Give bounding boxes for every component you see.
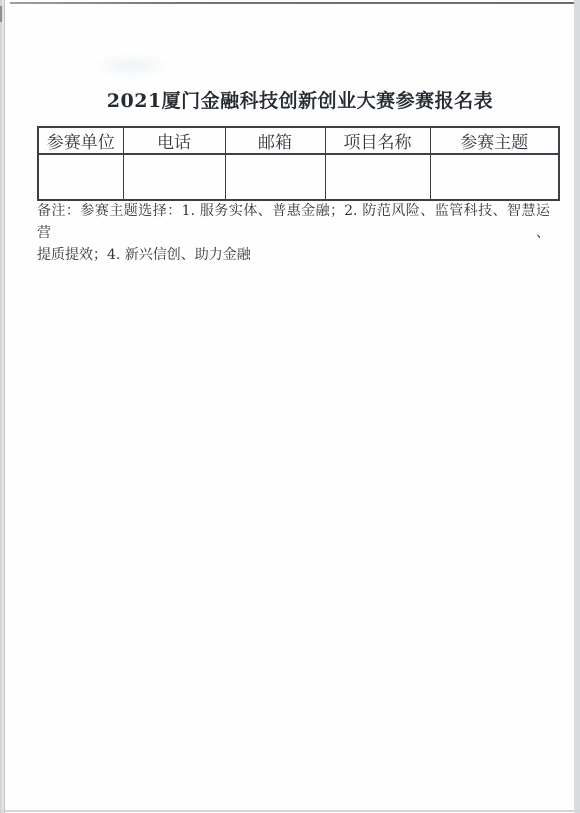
scan-edge-left-strip: [0, 0, 5, 813]
cell-email: [225, 154, 325, 200]
scan-edge-left-tick: [0, 6, 2, 22]
form-title: 2021厦门金融科技创新创业大赛参赛报名表: [20, 86, 580, 113]
note-line-1: 备注：参赛主题选择：1. 服务实体、普惠金融；2. 防范风险、监管科技、智慧运营…: [37, 200, 550, 244]
table-header-row: 参赛单位 电话 邮箱 项目名称 参赛主题: [38, 127, 559, 154]
scanned-page: 2021厦门金融科技创新创业大赛参赛报名表 参赛单位 电话 邮箱 项目名称 参赛…: [0, 0, 580, 813]
cell-unit: [38, 154, 123, 200]
cell-theme: [430, 154, 559, 200]
scan-edge-bottom-line: [0, 810, 580, 812]
column-header-email: 邮箱: [225, 127, 325, 154]
table-row: [38, 154, 559, 200]
cell-phone: [123, 154, 225, 200]
column-header-theme: 参赛主题: [430, 127, 559, 154]
column-header-unit: 参赛单位: [38, 127, 123, 154]
cell-project: [325, 154, 430, 200]
scan-smudge-artifact: [92, 52, 172, 80]
scan-edge-right-strip: [574, 0, 580, 813]
scan-edge-top-line: [10, 2, 580, 4]
column-header-project: 项目名称: [325, 127, 430, 154]
registration-table: 参赛单位 电话 邮箱 项目名称 参赛主题: [37, 126, 560, 201]
note-line-2: 提质提效；4. 新兴信创、助力金融: [37, 244, 550, 266]
column-header-phone: 电话: [123, 127, 225, 154]
remarks-note: 备注：参赛主题选择：1. 服务实体、普惠金融；2. 防范风险、监管科技、智慧运营…: [37, 200, 550, 266]
